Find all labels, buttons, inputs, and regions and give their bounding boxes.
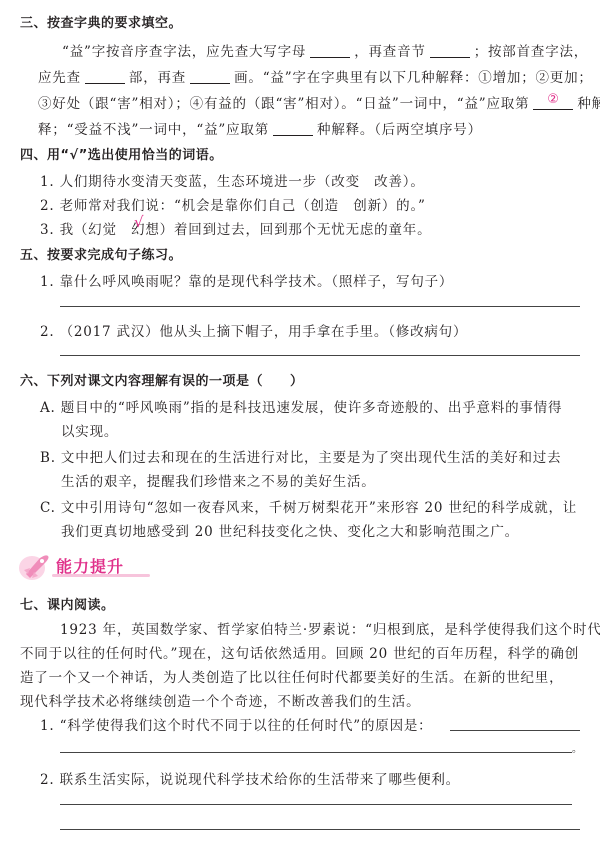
option-a-line-2: 以实现。: [61, 420, 118, 440]
passage-line-1: 1923 年，英国数学家、哲学家伯特兰·罗素说：“归根到底，是科学使得我们这个时…: [60, 618, 600, 638]
answer-line-5-1[interactable]: [60, 306, 580, 307]
blank-initial-letter[interactable]: [310, 44, 350, 58]
answer-line-5-2[interactable]: [60, 355, 580, 356]
section-3-line-2: 应先查部，再查画。“益”字在字典里有以下几种解释：①增加；②更加；: [38, 66, 593, 86]
check-mark-icon: √: [134, 213, 144, 231]
answer-line-7-1b[interactable]: [60, 752, 572, 753]
section-3-line-3: ③好处（跟“害”相对）；④有益的（跟“害”相对）。“日益”一词中，“益”应取第②…: [38, 92, 600, 112]
handwritten-answer: ②: [533, 92, 573, 107]
blank-stroke-count[interactable]: [190, 70, 230, 84]
passage-line-4: 现代科学技术必将继续创造一个个奇迹，不断改善我们的生活。: [20, 690, 420, 710]
question-1: 1. “科学使得我们这个时代不同于以往的任何时代”的原因是：: [40, 714, 432, 734]
banner-label: 能力提升: [56, 554, 124, 577]
section-5-item-2: 2. （2017 武汉）他从头上摘下帽子，用手拿在手里。（修改病句）: [40, 320, 467, 340]
rocket-icon: [18, 550, 54, 582]
section-5-item-1: 1. 靠什么呼风唤雨呢？靠的是现代科学技术。（照样子，写句子）: [40, 270, 453, 290]
question-1-end: 。: [572, 740, 583, 755]
option-a-line-1[interactable]: A. 题目中的“呼风唤雨”指的是科技迅速发展，使许多奇迹般的、出乎意料的事情得: [40, 396, 562, 416]
answer-line-7-1a[interactable]: [450, 730, 580, 731]
option-c-line-2: 我们更真切地感受到 20 世纪科技变化之快、变化之大和影响范围之广。: [61, 520, 519, 540]
section-5-heading: 五、按要求完成句子练习。: [20, 244, 182, 263]
passage-line-3: 造了一个又一个神话，为人类创造了比以往任何时代都要美好的生活。在新的世纪里，: [20, 666, 563, 686]
section-3-line-4: 释；“受益不浅”一词中，“益”应取第种解释。（后两空填序号）: [38, 118, 482, 138]
section-4-item-3[interactable]: 3. 我（幻觉 幻想）着回到过去，回到那个无忧无虑的童年。: [40, 218, 431, 238]
blank-syllable[interactable]: [430, 44, 470, 58]
option-b-line-2: 生活的艰辛，提醒我们珍惜来之不易的美好生活。: [61, 470, 376, 490]
answer-line-7-2b[interactable]: [60, 829, 580, 830]
section-4-item-1[interactable]: 1. 人们期待水变清天变蓝，生态环境进一步（改变 改善）。: [40, 170, 425, 190]
section-6-heading: 六、下列对课文内容理解有误的一项是（ ）: [20, 370, 304, 389]
section-4-heading: 四、用“√”选出使用恰当的词语。: [20, 144, 223, 163]
section-7-heading: 七、课内阅读。: [20, 594, 115, 613]
option-c-line-1[interactable]: C. 文中引用诗句“忽如一夜春风来，千树万树梨花开”来形容 20 世纪的科学成就…: [40, 496, 577, 516]
blank-radical[interactable]: [85, 70, 125, 84]
question-2: 2. 联系生活实际，说说现代科学技术给你的生活带来了哪些便利。: [40, 768, 460, 788]
passage-line-2: 不同于以往的任何时代。”现在，这句话依然适用。回顾 20 世纪的百年历程，科学的…: [20, 642, 579, 662]
blank-shouyi-meaning[interactable]: [273, 122, 313, 136]
section-4-item-2[interactable]: 2. 老师常对我们说：“机会是靠你们自己（创造 创新）的。”: [40, 194, 426, 214]
answer-line-7-2a[interactable]: [60, 804, 572, 805]
blank-riyi-meaning[interactable]: ②: [533, 96, 573, 110]
section-3-heading: 三、按查字典的要求填空。: [20, 12, 182, 31]
option-b-line-1[interactable]: B. 文中把人们过去和现在的生活进行对比，主要是为了突出现代生活的美好和过去: [40, 446, 561, 466]
section-3-line-1: “益”字按音序查字法，应先查大写字母，再查音节；按部首查字法，: [62, 40, 588, 60]
ability-banner: 能力提升: [18, 550, 158, 582]
